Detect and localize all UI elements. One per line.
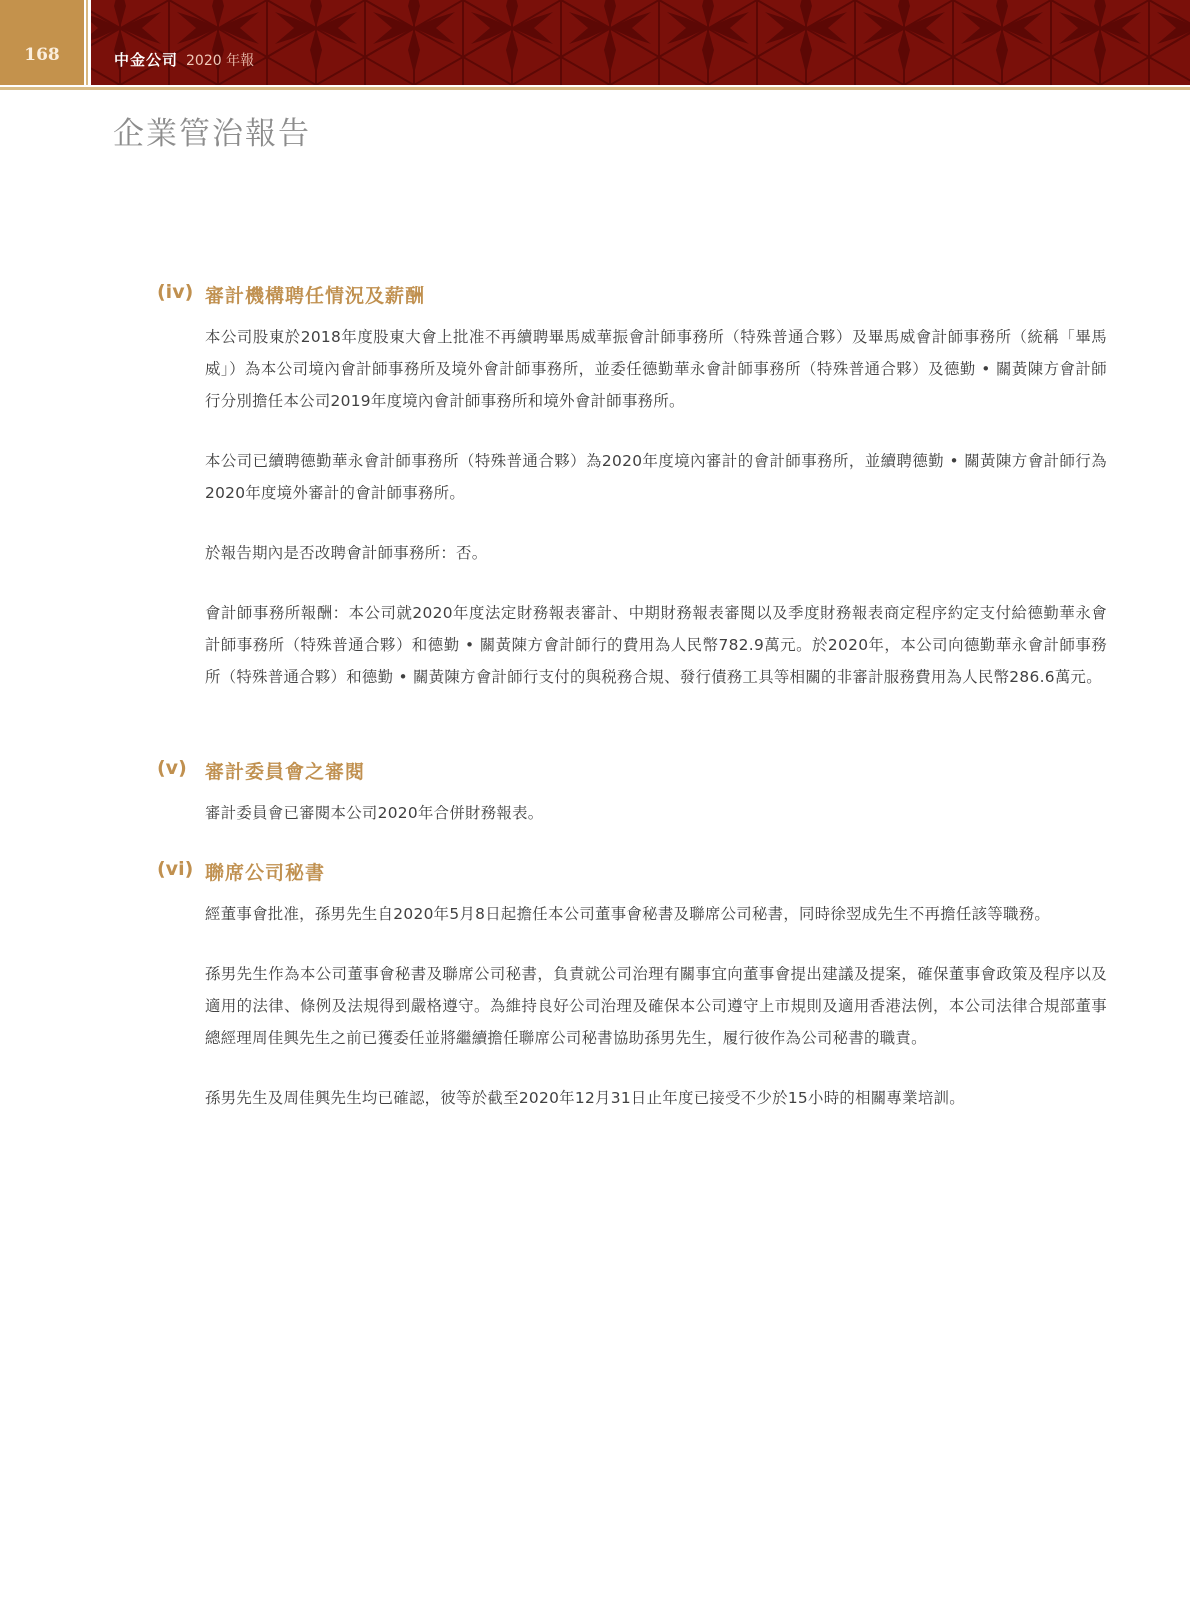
page-number-tab: 168 bbox=[0, 0, 84, 85]
paragraph: 本公司股東於2018年度股東大會上批准不再續聘畢馬威華振會計師事務所（特殊普通合… bbox=[157, 321, 1107, 417]
page-header: 168 bbox=[0, 0, 1190, 86]
divider bbox=[86, 0, 88, 85]
paragraph: 孫男先生及周佳興先生均已確認，彼等於截至2020年12月31日止年度已接受不少於… bbox=[157, 1082, 1107, 1114]
section-joint-company-secretary: (vi) 聯席公司秘書 經董事會批准，孫男先生自2020年5月8日起擔任本公司董… bbox=[157, 858, 1107, 1114]
page-title: 企業管治報告 bbox=[113, 108, 311, 153]
section-title: 聯席公司秘書 bbox=[205, 858, 325, 885]
section-audit-committee-review: (v) 審計委員會之審閱 審計委員會已審閱本公司2020年合併財務報表。 bbox=[157, 757, 1107, 829]
section-number: (iv) bbox=[157, 281, 193, 303]
paragraph: 於報告期內是否改聘會計師事務所：否。 bbox=[157, 537, 1107, 569]
paragraph: 本公司已續聘德勤華永會計師事務所（特殊普通合夥）為2020年度境內審計的會計師事… bbox=[157, 445, 1107, 509]
section-title: 審計委員會之審閱 bbox=[205, 757, 365, 784]
page-number: 168 bbox=[0, 45, 84, 65]
asanoha-pattern-icon bbox=[91, 0, 1190, 85]
report-label: 2020 年報 bbox=[186, 53, 254, 69]
section-number: (v) bbox=[157, 757, 187, 779]
section-number: (vi) bbox=[157, 858, 193, 880]
section-heading: (v) 審計委員會之審閱 bbox=[157, 757, 1107, 787]
report-title: 中金公司2020 年報 bbox=[114, 49, 254, 70]
section-heading: (iv) 審計機構聘任情況及薪酬 bbox=[157, 281, 1107, 311]
company-name: 中金公司 bbox=[114, 51, 178, 69]
section-title: 審計機構聘任情況及薪酬 bbox=[205, 281, 425, 308]
section-auditor-appointment: (iv) 審計機構聘任情況及薪酬 本公司股東於2018年度股東大會上批准不再續聘… bbox=[157, 281, 1107, 693]
header-banner: 中金公司2020 年報 bbox=[91, 0, 1190, 85]
paragraph: 經董事會批准，孫男先生自2020年5月8日起擔任本公司董事會秘書及聯席公司秘書，… bbox=[157, 898, 1107, 930]
paragraph: 會計師事務所報酬：本公司就2020年度法定財務報表審計、中期財務報表審閱以及季度… bbox=[157, 597, 1107, 693]
header-rule bbox=[0, 87, 1190, 90]
paragraph: 審計委員會已審閱本公司2020年合併財務報表。 bbox=[157, 797, 1107, 829]
paragraph: 孫男先生作為本公司董事會秘書及聯席公司秘書，負責就公司治理有關事宜向董事會提出建… bbox=[157, 958, 1107, 1054]
section-heading: (vi) 聯席公司秘書 bbox=[157, 858, 1107, 888]
